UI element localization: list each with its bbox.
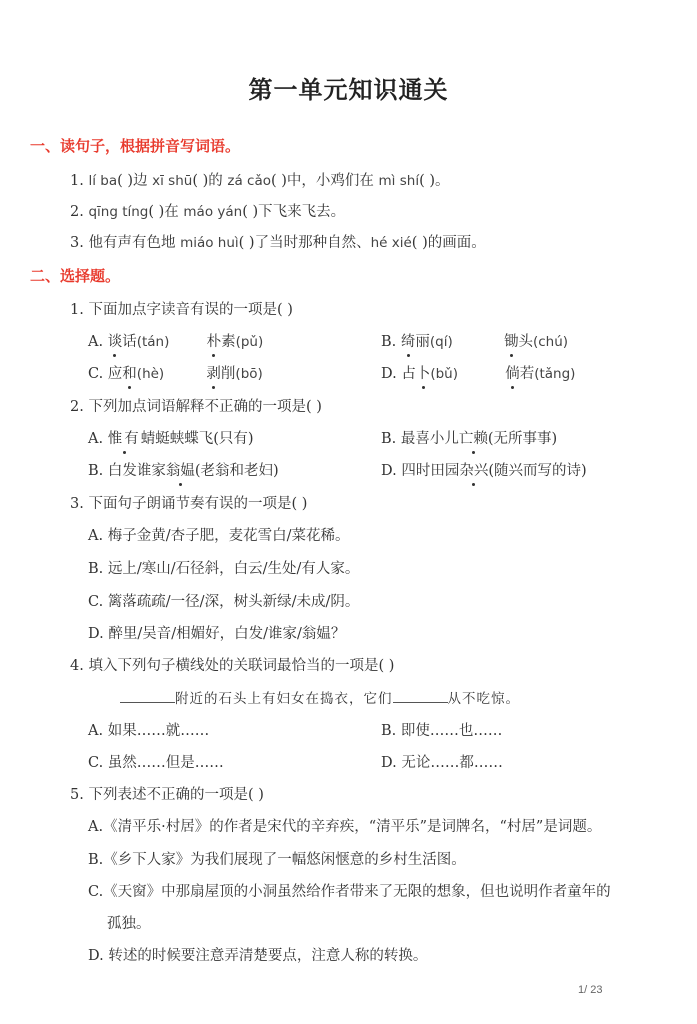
q1-option-b[interactable]: B. 绮丽(qí) 锄头(chú) xyxy=(381,330,568,351)
pinyin-item-2: 2. qīng tíng( )在 máo yán( )下飞来飞去。 xyxy=(70,200,345,221)
item-number: 2. xyxy=(70,204,84,220)
text: 白发谁家 xyxy=(108,463,166,479)
dotted-char: 卜 xyxy=(416,362,431,383)
fill-blank-2[interactable] xyxy=(393,690,448,703)
q3-option-b[interactable]: B. 远上/寒山/石径斜，白云/生处/有人家。 xyxy=(88,557,359,578)
q1-option-c[interactable]: C. 应和(hè) 剥削(bō) xyxy=(88,362,263,383)
char: 话 xyxy=(122,334,137,350)
q5-option-c[interactable]: C.《天窗》中那扇屋顶的小洞虽然给作者带来了无限的想象，但也说明作者童年的 xyxy=(88,880,611,901)
option-label: D. xyxy=(381,463,397,479)
answer-blank[interactable]: ( ) xyxy=(242,204,258,220)
dotted-word: 杂兴 xyxy=(459,459,488,480)
text: 蜻蜓蛱蝶飞(只有) xyxy=(141,431,254,447)
char: 占 xyxy=(401,366,416,382)
pinyin-text: xī shū xyxy=(152,173,192,189)
text: 最喜小儿 xyxy=(401,431,459,447)
dotted-char: 倘 xyxy=(505,362,520,383)
q5-option-d[interactable]: D. 转述的时候要注意弄清楚要点，注意人称的转换。 xyxy=(88,944,427,965)
q2-option-d[interactable]: D. 四时田园杂兴(随兴而写的诗) xyxy=(381,459,587,480)
text: 边 xyxy=(133,173,152,189)
option-label: A. xyxy=(88,334,103,350)
pinyin: (tǎng) xyxy=(534,366,575,382)
pinyin: (hè) xyxy=(137,366,164,382)
q1-option-a[interactable]: A. 谈话(tán) 朴素(pǔ) xyxy=(88,330,263,351)
text: 了当时那种自然、 xyxy=(255,235,371,251)
answer-blank[interactable]: ( ) xyxy=(412,235,428,251)
q4-sentence: 附近的石头上有妇女在捣衣，它们从不吃惊。 xyxy=(120,687,520,707)
option-label: B. xyxy=(381,431,396,447)
option-label: D. xyxy=(381,366,397,382)
pinyin-text: mì shí xyxy=(379,173,420,189)
pinyin: (qí) xyxy=(430,334,453,350)
pinyin-item-3: 3. 他有声有色地 miáo huì( )了当时那种自然、hé xié( )的画… xyxy=(70,231,486,252)
text: 在 xyxy=(164,204,183,220)
char: 头 xyxy=(518,334,533,350)
option-label: A. xyxy=(88,431,103,447)
char: 若 xyxy=(520,366,535,382)
q4-option-b[interactable]: B. 即使……也…… xyxy=(381,719,502,740)
q3-option-a[interactable]: A. 梅子金黄/杏子肥，麦花雪白/菜花稀。 xyxy=(88,524,349,545)
q2-option-a[interactable]: A. 惟有蜻蜓蛱蝶飞(只有) xyxy=(88,427,254,448)
dotted-word: 亡赖 xyxy=(459,427,488,448)
q3-option-d[interactable]: D. 醉里/吴音/相媚好，白发/谁家/翁媪？ xyxy=(88,622,345,643)
question-3-stem: 3. 下面句子朗诵节奏有误的一项是( ) xyxy=(70,492,307,513)
char: 削 xyxy=(221,366,236,382)
option-label: C. xyxy=(88,366,103,382)
item-number: 1. xyxy=(70,173,84,189)
question-4-stem: 4. 填入下列句子横线处的关联词最恰当的一项是( ) xyxy=(70,654,394,675)
text: (无所事事) xyxy=(488,431,557,447)
char: 丽 xyxy=(415,334,430,350)
page-title: 第一单元知识通关 xyxy=(0,70,697,105)
text: 下飞来飞去。 xyxy=(258,204,345,220)
pinyin: (bǔ) xyxy=(430,366,458,382)
q4-option-d[interactable]: D. 无论……都…… xyxy=(381,751,503,772)
pinyin-text: hé xié xyxy=(371,235,412,251)
text: 四时田园 xyxy=(401,463,459,479)
pinyin: (tán) xyxy=(137,334,170,350)
q4-option-a[interactable]: A. 如果……就…… xyxy=(88,719,209,740)
answer-blank[interactable]: ( ) xyxy=(239,235,255,251)
text: 中，小鸡们在 xyxy=(287,173,379,189)
q5-option-b[interactable]: B.《乡下人家》为我们展现了一幅悠闲惬意的乡村生活图。 xyxy=(88,848,466,869)
q1-option-d[interactable]: D. 占卜(bǔ) 倘若(tǎng) xyxy=(381,362,575,383)
item-number: 3. xyxy=(70,235,84,251)
pinyin-text: lí ba xyxy=(88,173,117,189)
dotted-char: 谈 xyxy=(108,330,123,351)
option-label: B. xyxy=(88,463,103,479)
answer-blank[interactable]: ( ) xyxy=(148,204,164,220)
char: 素 xyxy=(221,334,236,350)
pinyin: (pǔ) xyxy=(236,334,264,350)
question-5-stem: 5. 下列表述不正确的一项是( ) xyxy=(70,783,264,804)
pinyin: (chú) xyxy=(533,334,568,350)
dotted-word: 惟有 xyxy=(108,427,141,448)
answer-blank[interactable]: ( ) xyxy=(192,173,208,189)
dotted-char: 绮 xyxy=(401,330,416,351)
text: (老翁和老妇) xyxy=(195,463,279,479)
dotted-char: 剥 xyxy=(206,362,221,383)
text: 。 xyxy=(435,173,450,189)
dotted-char: 锄 xyxy=(504,330,519,351)
text: (随兴而写的诗) xyxy=(488,463,586,479)
answer-blank[interactable]: ( ) xyxy=(419,173,435,189)
q4-option-c[interactable]: C. 虽然……但是…… xyxy=(88,751,224,772)
fill-blank-1[interactable] xyxy=(120,690,175,703)
sentence-text: 附近的石头上有妇女在捣衣，它们 xyxy=(175,691,393,707)
char: 应 xyxy=(108,366,123,382)
dotted-char: 朴 xyxy=(207,330,222,351)
option-label: B. xyxy=(381,334,396,350)
dotted-word: 翁媪 xyxy=(166,459,195,480)
section-heading-choice: 二、选择题。 xyxy=(30,265,120,286)
page-indicator: 1/ 23 xyxy=(578,984,602,996)
pinyin-item-1: 1. lí ba( )边 xī shū( )的 zá cǎo( )中，小鸡们在 … xyxy=(70,169,450,190)
question-2-stem: 2. 下列加点词语解释不正确的一项是( ) xyxy=(70,395,322,416)
question-1-stem: 1. 下面加点字读音有误的一项是( ) xyxy=(70,298,293,319)
q2-option-b[interactable]: B. 最喜小儿亡赖(无所事事) xyxy=(381,427,557,448)
q5-option-c-continued: 孤独。 xyxy=(107,912,151,933)
text: 他有声有色地 xyxy=(88,235,180,251)
pinyin: (bō) xyxy=(235,366,262,382)
text: 的 xyxy=(208,173,227,189)
pinyin-text: miáo huì xyxy=(180,235,239,251)
answer-blank[interactable]: ( ) xyxy=(271,173,287,189)
sentence-text: 从不吃惊。 xyxy=(448,691,521,707)
section-heading-pinyin: 一、读句子，根据拼音写词语。 xyxy=(30,135,240,156)
q5-option-a[interactable]: A.《清平乐·村居》的作者是宋代的辛弃疾，“清平乐”是词牌名，“村居”是词题。 xyxy=(88,815,601,836)
answer-blank[interactable]: ( ) xyxy=(117,173,133,189)
pinyin-text: zá cǎo xyxy=(227,173,271,189)
pinyin-text: qīng tíng xyxy=(88,204,148,220)
dotted-char: 和 xyxy=(122,362,137,383)
q3-option-c[interactable]: C. 篱落疏疏/一径/深，树头新绿/未成/阴。 xyxy=(88,590,359,611)
pinyin-text: máo yán xyxy=(183,204,242,220)
q2-option-c[interactable]: B. 白发谁家翁媪(老翁和老妇) xyxy=(88,459,279,480)
text: 的画面。 xyxy=(428,235,486,251)
